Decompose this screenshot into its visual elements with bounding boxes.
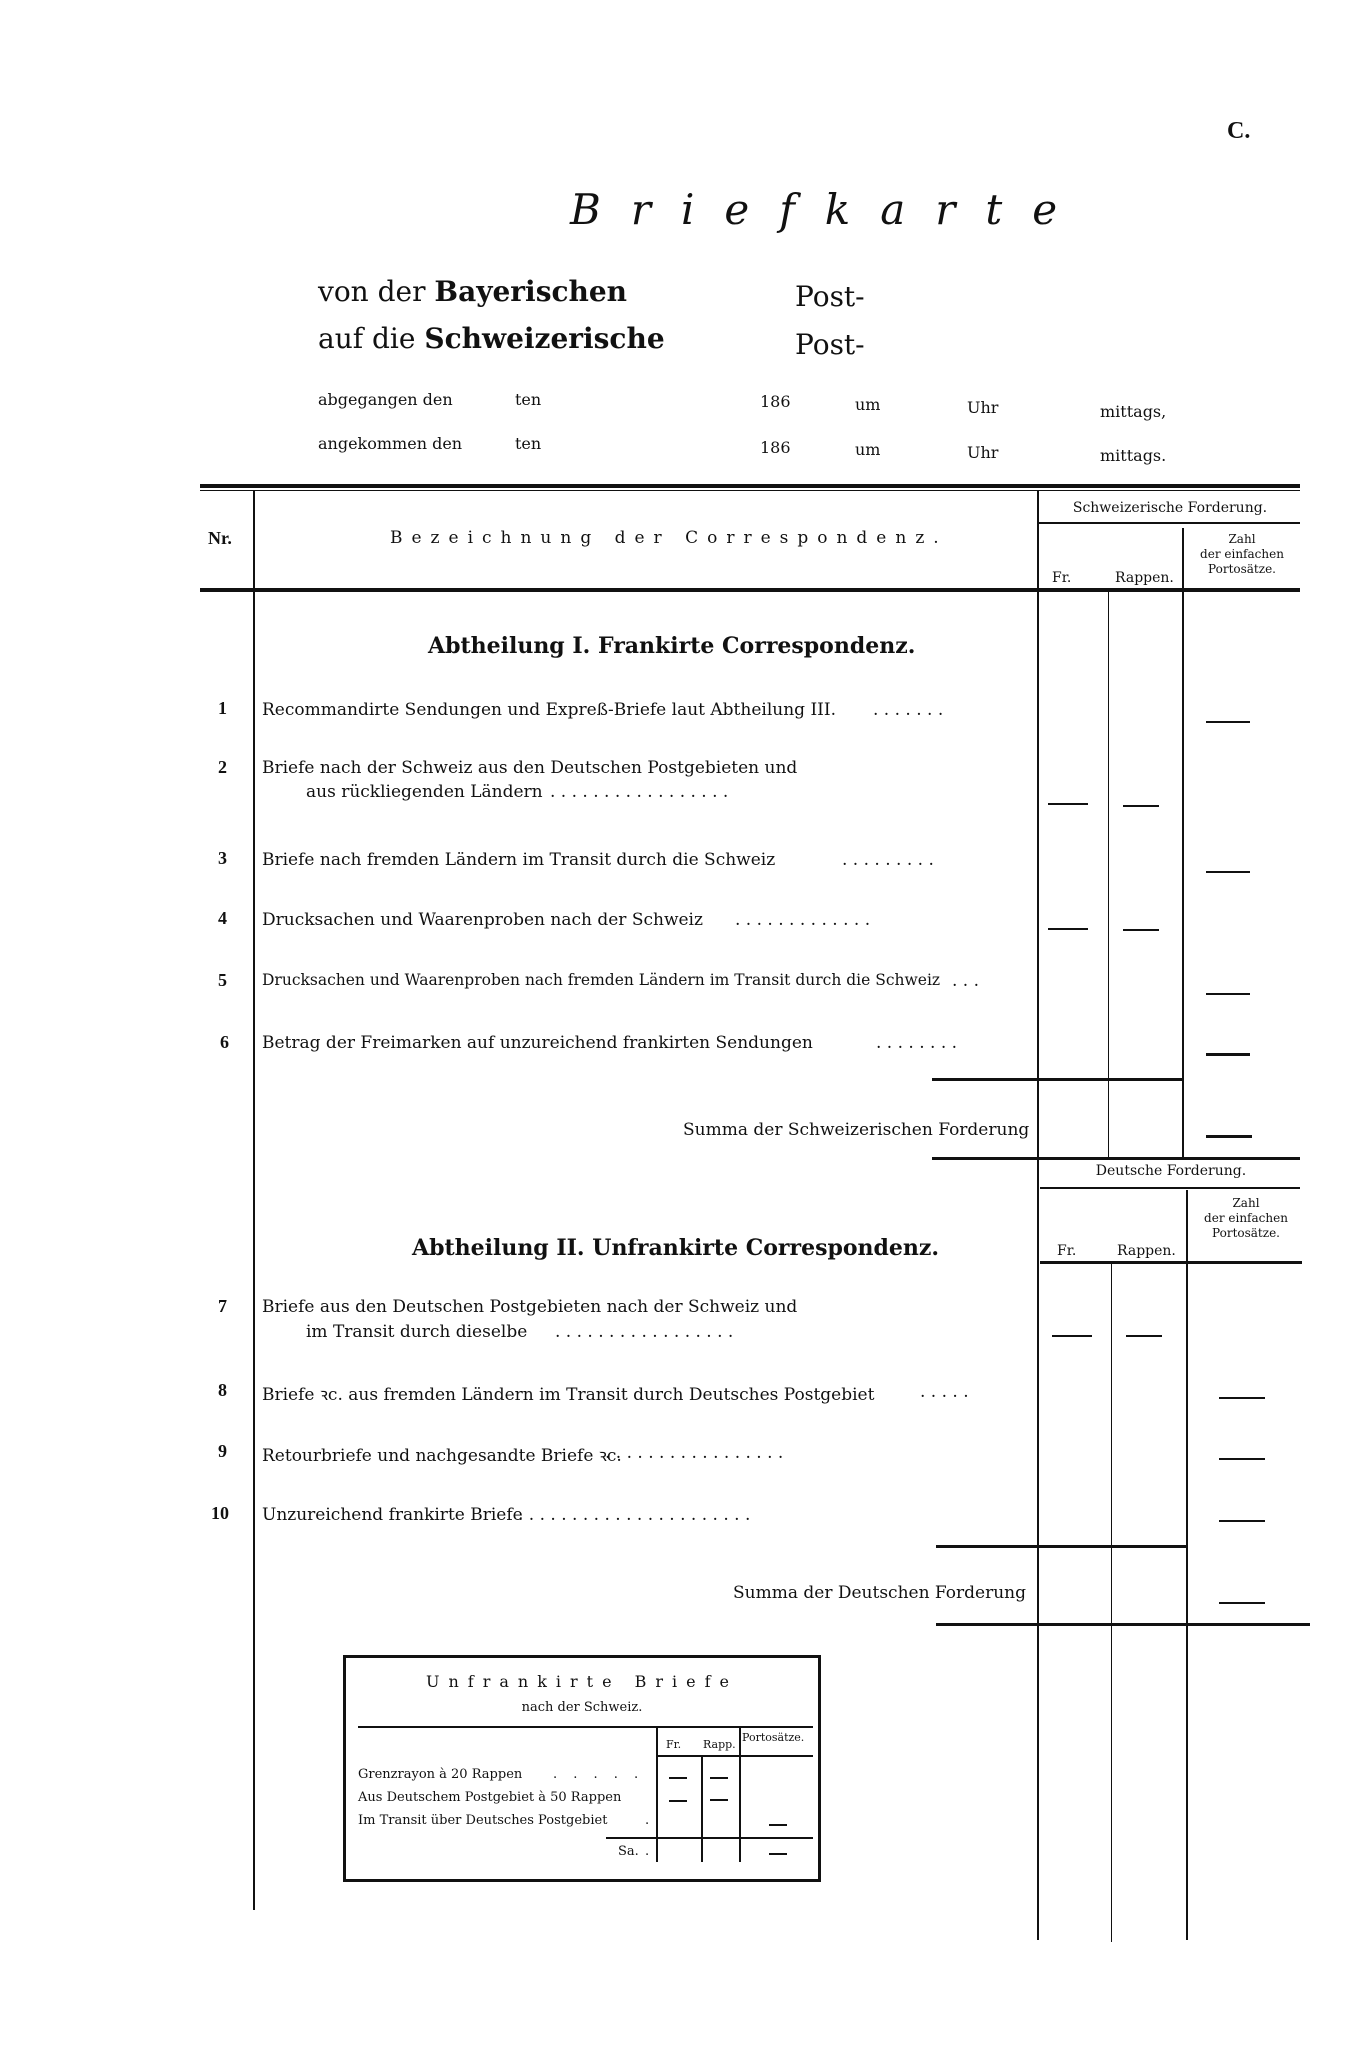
inset-subtitle: nach der Schweiz. — [343, 1700, 821, 1715]
swiss-fr-rappen-divider — [1108, 590, 1109, 1158]
header-german-claim: Deutsche Forderung. — [1040, 1163, 1302, 1179]
german-fr-left-divider — [1037, 1160, 1039, 1940]
german-sum-count-dash — [1219, 1602, 1265, 1604]
inset-col-header-rule — [658, 1755, 813, 1757]
departed-day-suffix: ten — [515, 390, 541, 409]
german-sum-label: Summa der Deutschen Forderung — [733, 1583, 1026, 1603]
row-dots: . . . . . . . — [873, 700, 943, 720]
arrived-clock: Uhr — [967, 443, 998, 462]
inset-col-fr: Fr. — [666, 1738, 681, 1751]
table-header-bottom-rule — [200, 588, 1300, 592]
row-nr: 3 — [218, 848, 227, 869]
swiss-rappen-count-divider — [1182, 528, 1184, 1158]
german-subtotal-rule — [936, 1545, 1186, 1548]
inset-count-dash — [769, 1824, 787, 1826]
row-count-dash — [1219, 1520, 1265, 1522]
table-top-rule — [200, 484, 1300, 488]
arrived-label: angekommen den — [318, 434, 462, 453]
inset-sum-count-dash — [769, 1853, 787, 1855]
inset-sum-label: Sa. — [618, 1844, 639, 1859]
row-fr-dash — [1052, 1335, 1092, 1337]
inset-sum-rule — [606, 1837, 813, 1839]
swiss-sum-count-dash — [1206, 1135, 1252, 1138]
nr-column-divider — [253, 490, 255, 1910]
header-german-rappen: Rappen. — [1117, 1243, 1176, 1259]
row-text: Retourbriefe und nachgesandte Briefe ꝛc. — [262, 1443, 622, 1466]
count-line2: der einfachen — [1184, 547, 1300, 562]
section2-title: Abtheilung II. Unfrankirte Correspondenz… — [412, 1235, 939, 1261]
row-text: Briefe aus den Deutschen Postgebieten na… — [262, 1297, 797, 1317]
german-rappen-count-divider — [1186, 1190, 1188, 1940]
row-dots: . . . . . . . . . . . . . . . . . — [555, 1322, 733, 1342]
header-swiss-count: Zahl der einfachen Portosätze. — [1184, 532, 1300, 577]
row-rappen-dash — [1126, 1335, 1162, 1337]
row-nr: 2 — [218, 757, 227, 778]
row-dots: . . . . . . . . . — [842, 850, 934, 870]
header-description: Bezeichnung der Correspondenz. — [390, 528, 948, 548]
swiss-subtotal-rule — [932, 1078, 1182, 1081]
german-fr-rappen-divider — [1111, 1262, 1112, 1942]
subtitle-line2-suffix: Post- — [795, 328, 865, 361]
arrived-year: 186 — [760, 438, 791, 457]
header-nr: Nr. — [208, 528, 232, 549]
row-text-cont: aus rückliegenden Ländern — [306, 782, 543, 802]
header-german-count: Zahl der einfachen Portosätze. — [1188, 1196, 1304, 1241]
subtitle-line1-prefix: von der — [318, 275, 426, 308]
arrived-time-of-day: mittags. — [1100, 446, 1166, 465]
inset-row-label: Im Transit über Deutsches Postgebiet — [358, 1813, 607, 1828]
subtitle-line1-suffix: Post- — [795, 280, 865, 313]
swiss-header-rule — [1037, 522, 1300, 524]
row-text-cont: im Transit durch dieselbe — [306, 1322, 527, 1342]
german-header-bottom-rule — [1040, 1261, 1302, 1264]
swiss-sum-bottom-rule — [932, 1157, 1300, 1160]
arrived-at: um — [855, 440, 880, 459]
row-dots: . . . . . . . . . . . . . . . . . . . . … — [518, 1505, 750, 1525]
count-line3: Portosätze. — [1188, 1226, 1304, 1241]
row-dots: . . . . . . . . — [876, 1033, 957, 1053]
inset-row-label: Grenzrayon à 20 Rappen — [358, 1767, 522, 1782]
inset-row-dots: . . . . . — [553, 1767, 644, 1782]
inset-fr-rappen-divider — [701, 1757, 703, 1862]
row-nr: 9 — [218, 1441, 227, 1462]
inset-col-rappen: Rapp. — [703, 1738, 736, 1751]
row-count-dash — [1206, 1053, 1250, 1056]
row-nr: 6 — [220, 1032, 229, 1053]
table-top-rule-inner — [200, 490, 1300, 491]
header-german-fr: Fr. — [1057, 1243, 1076, 1259]
row-text: Briefe ꝛc. aus fremden Ländern im Transi… — [262, 1382, 874, 1405]
row-nr: 7 — [218, 1296, 227, 1317]
row-rappen-dash — [1123, 929, 1159, 931]
row-text: Briefe nach fremden Ländern im Transit d… — [262, 850, 775, 870]
inset-rappen-count-divider — [739, 1728, 741, 1862]
row-text: Drucksachen und Waarenproben nach fremde… — [262, 971, 940, 989]
row-dots: . . . . . — [920, 1382, 969, 1402]
inset-title: Unfrankirte Briefe — [343, 1672, 821, 1691]
page-corner-label: C. — [1227, 118, 1250, 145]
german-sum-bottom-rule — [936, 1623, 1310, 1626]
section1-title: Abtheilung I. Frankirte Correspondenz. — [428, 633, 915, 659]
count-line1: Zahl — [1184, 532, 1300, 547]
row-dots: . . . — [952, 971, 979, 991]
swiss-fr-left-divider — [1037, 490, 1039, 1158]
inset-header-rule — [358, 1726, 813, 1728]
departed-time-of-day: mittags, — [1100, 402, 1166, 421]
header-swiss-claim: Schweizerische Forderung. — [1040, 500, 1300, 516]
subtitle-line2-prefix: auf die — [318, 322, 415, 355]
row-rappen-dash — [1123, 805, 1159, 807]
inset-fr-left-divider — [656, 1728, 658, 1862]
row-text: Drucksachen und Waarenproben nach der Sc… — [262, 910, 703, 930]
count-line3: Portosätze. — [1184, 562, 1300, 577]
departed-label: abgegangen den — [318, 390, 453, 409]
row-fr-dash — [1048, 928, 1088, 930]
row-nr: 1 — [218, 698, 227, 719]
row-text: Briefe nach der Schweiz aus den Deutsche… — [262, 758, 797, 778]
row-count-dash — [1206, 871, 1250, 873]
page-title: Briefkarte — [570, 185, 1087, 234]
subtitle-line2-bold: Schweizerische — [424, 322, 664, 355]
inset-row-dots: . — [645, 1813, 649, 1828]
row-count-dash — [1219, 1397, 1265, 1399]
inset-fr-dash — [669, 1777, 687, 1779]
inset-rappen-dash — [710, 1799, 728, 1801]
row-dots: . . . . . . . . . . . . . . . . . — [605, 1443, 783, 1463]
row-count-dash — [1206, 993, 1250, 995]
inset-rappen-dash — [710, 1777, 728, 1779]
departed-clock: Uhr — [967, 398, 998, 417]
row-nr: 4 — [218, 908, 227, 929]
swiss-sum-label: Summa der Schweizerischen Forderung — [683, 1120, 1029, 1140]
row-fr-dash — [1048, 803, 1088, 805]
count-line2: der einfachen — [1188, 1211, 1304, 1226]
row-text: Betrag der Freimarken auf unzureichend f… — [262, 1033, 813, 1053]
header-swiss-fr: Fr. — [1052, 570, 1071, 586]
subtitle-line1: von der Bayerischen — [318, 275, 627, 308]
row-nr: 5 — [218, 970, 227, 991]
count-line1: Zahl — [1188, 1196, 1304, 1211]
german-header-rule — [1040, 1187, 1300, 1189]
row-count-dash — [1219, 1458, 1265, 1460]
departed-at: um — [855, 395, 880, 414]
row-count-dash — [1206, 721, 1250, 723]
subtitle-line1-bold: Bayerischen — [434, 275, 627, 308]
inset-col-count: Portosätze. — [742, 1731, 804, 1744]
inset-sum-dots: . — [645, 1844, 649, 1859]
row-nr: 10 — [211, 1503, 229, 1524]
subtitle-line2: auf die Schweizerische — [318, 322, 665, 355]
row-text: Unzureichend frankirte Briefe — [262, 1505, 523, 1525]
row-dots: . . . . . . . . . . . . . . . . . — [550, 782, 728, 802]
inset-row-label: Aus Deutschem Postgebiet à 50 Rappen — [358, 1790, 621, 1805]
row-dots: . . . . . . . . . . . . . — [735, 910, 870, 930]
departed-year: 186 — [760, 392, 791, 411]
arrived-day-suffix: ten — [515, 434, 541, 453]
row-text: Recommandirte Sendungen und Expreß-Brief… — [262, 700, 836, 720]
inset-fr-dash — [669, 1800, 687, 1802]
header-swiss-rappen: Rappen. — [1115, 570, 1174, 586]
row-nr: 8 — [218, 1380, 227, 1401]
